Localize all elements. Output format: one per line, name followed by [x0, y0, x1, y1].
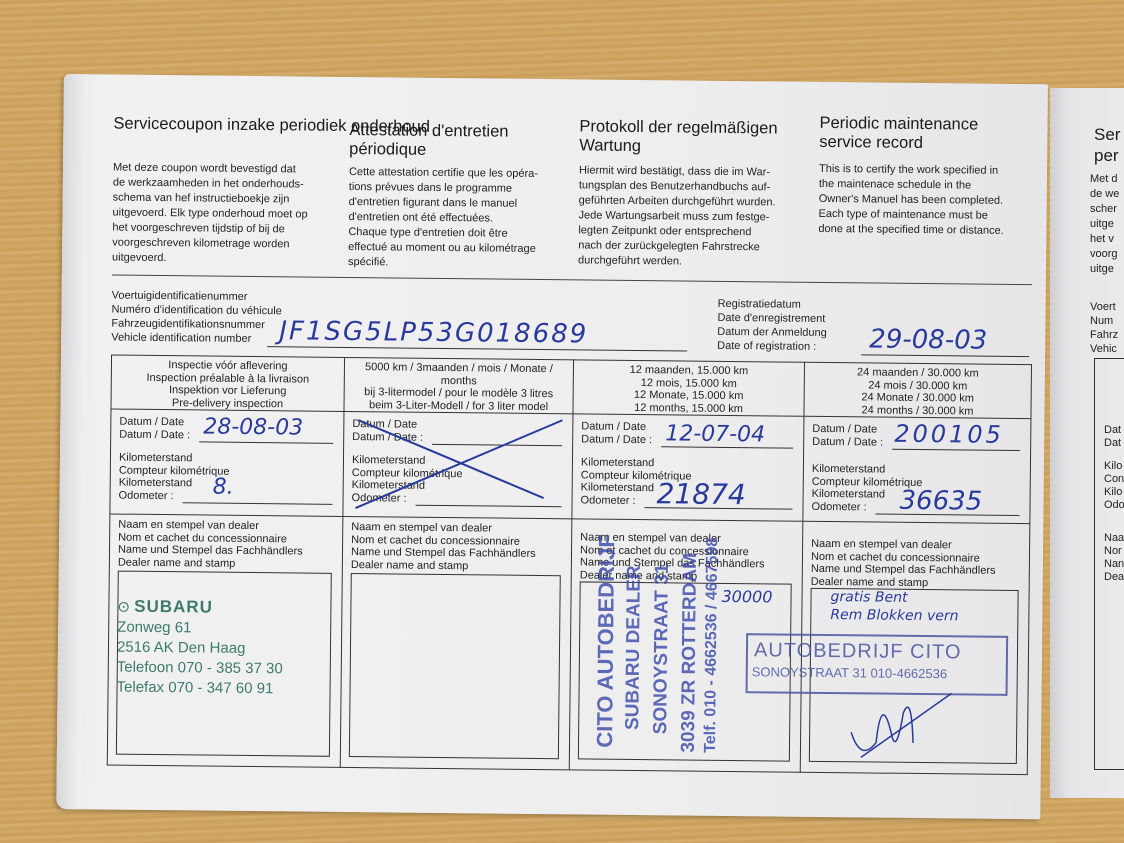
- interval-header-5000km: 5000 km / 3maanden / mois / Monate / mon…: [344, 357, 574, 413]
- date-labels: Datum / Date Datum / Date :: [119, 416, 190, 442]
- text-english: This is to certify the work specified in…: [818, 162, 1004, 239]
- cito-stamp-line: Telf. 010 - 4662536 / 4667598: [702, 538, 722, 753]
- odometer-value: 36635: [899, 486, 982, 517]
- dealer-labels: Naam en stempel van dealer Nom et cachet…: [118, 519, 303, 571]
- odometer-value: 8.: [213, 475, 234, 500]
- date-value: 12-07-04: [665, 421, 765, 447]
- title-french: Attestation d'entretien périodique: [349, 121, 539, 161]
- title-english: Periodic maintenance service record: [819, 114, 1019, 154]
- subaru-logo-icon: ⊙: [117, 599, 130, 616]
- vin-labels: Voertuigidentificatienummer Numéro d'ide…: [111, 289, 282, 347]
- cross-out-mark: [343, 412, 573, 518]
- interval-header-pre-delivery: Inspectie vóór aflevering Inspection pré…: [111, 355, 345, 411]
- registration-value: 29-08-03: [869, 324, 987, 355]
- next-page-title: Ser per: [1094, 124, 1120, 166]
- handwritten-note: 30000: [721, 587, 772, 607]
- next-page: Ser per Met d de we scher uitge het v vo…: [1050, 88, 1124, 798]
- date-value: 28-08-03: [203, 414, 303, 440]
- next-page-labels: Voert Num Fahrz Vehic: [1090, 300, 1118, 356]
- cito-stamp-line: 3039 ZR ROTTERDAM: [678, 553, 702, 753]
- interval-header-30000km: 24 maanden / 30.000 km 24 mois / 30.000 …: [804, 362, 1032, 418]
- odometer-value: 21874: [656, 477, 745, 511]
- next-page-text: Met d de we scher uitge het v voorg uitg…: [1090, 172, 1119, 277]
- maintenance-table: Inspectie vóór aflevering Inspection pré…: [107, 355, 1032, 776]
- text-french: Cette attestation certifie que les opéra…: [348, 165, 538, 272]
- signature: [841, 672, 962, 763]
- title-german: Protokoll der regelmäßigen Wartung: [579, 117, 779, 157]
- interval-header-15000km: 12 maanden, 15.000 km 12 mois, 15.000 km…: [573, 360, 805, 416]
- cito-stamp-line: CITO AUTOBEDRIJF: [592, 534, 620, 748]
- cito-stamp-line: SUBARU DEALER: [622, 565, 646, 730]
- handwritten-note: gratis Bent Rem Blokken vern: [830, 588, 959, 625]
- date-odometer-cell-1: Datum / Date Datum / Date : 28-08-03 Kil…: [110, 409, 344, 516]
- text-dutch: Met deze coupon wordt bevestigd dat de w…: [112, 161, 308, 268]
- date-odometer-cell-4: Datum / Date Datum / Date : 200105 Kilom…: [803, 416, 1031, 523]
- divider: [112, 275, 1032, 286]
- dealer-cell-1: Naam en stempel van dealer Nom et cachet…: [107, 514, 343, 767]
- subaru-dealer-stamp: ⊙ SUBARU Zonweg 61 2516 AK Den Haag Tele…: [116, 597, 283, 700]
- date-value: 200105: [894, 420, 1004, 449]
- cito-stamp-line: SONOYSTRAAT 31: [650, 563, 674, 734]
- service-record-page: Servicecoupon inzake periodiek onderhoud…: [56, 74, 1048, 819]
- text-german: Hiermit wird bestätigt, dass die im War-…: [578, 163, 776, 270]
- date-odometer-cell-2: Datum / Date Datum / Date : Kilometersta…: [343, 411, 573, 518]
- dealer-cell-4: Naam en stempel van dealer Nom et cachet…: [800, 521, 1030, 774]
- registration-labels: Registratiedatum Date d'enregistrement D…: [717, 297, 827, 354]
- next-page-date-labels: Dat Dat: [1104, 424, 1121, 450]
- date-odometer-cell-3: Datum / Date Datum / Date : 12-07-04 Kil…: [572, 414, 804, 521]
- vin-value: JF1SG5LP53G018689: [279, 316, 588, 349]
- dealer-cell-2: Naam en stempel van dealer Nom et cachet…: [340, 516, 572, 769]
- next-page-odo-labels: Kilo Con Kilo Odo: [1104, 460, 1124, 512]
- next-page-dealer-labels: Naa Nor Nan Dea: [1104, 532, 1124, 584]
